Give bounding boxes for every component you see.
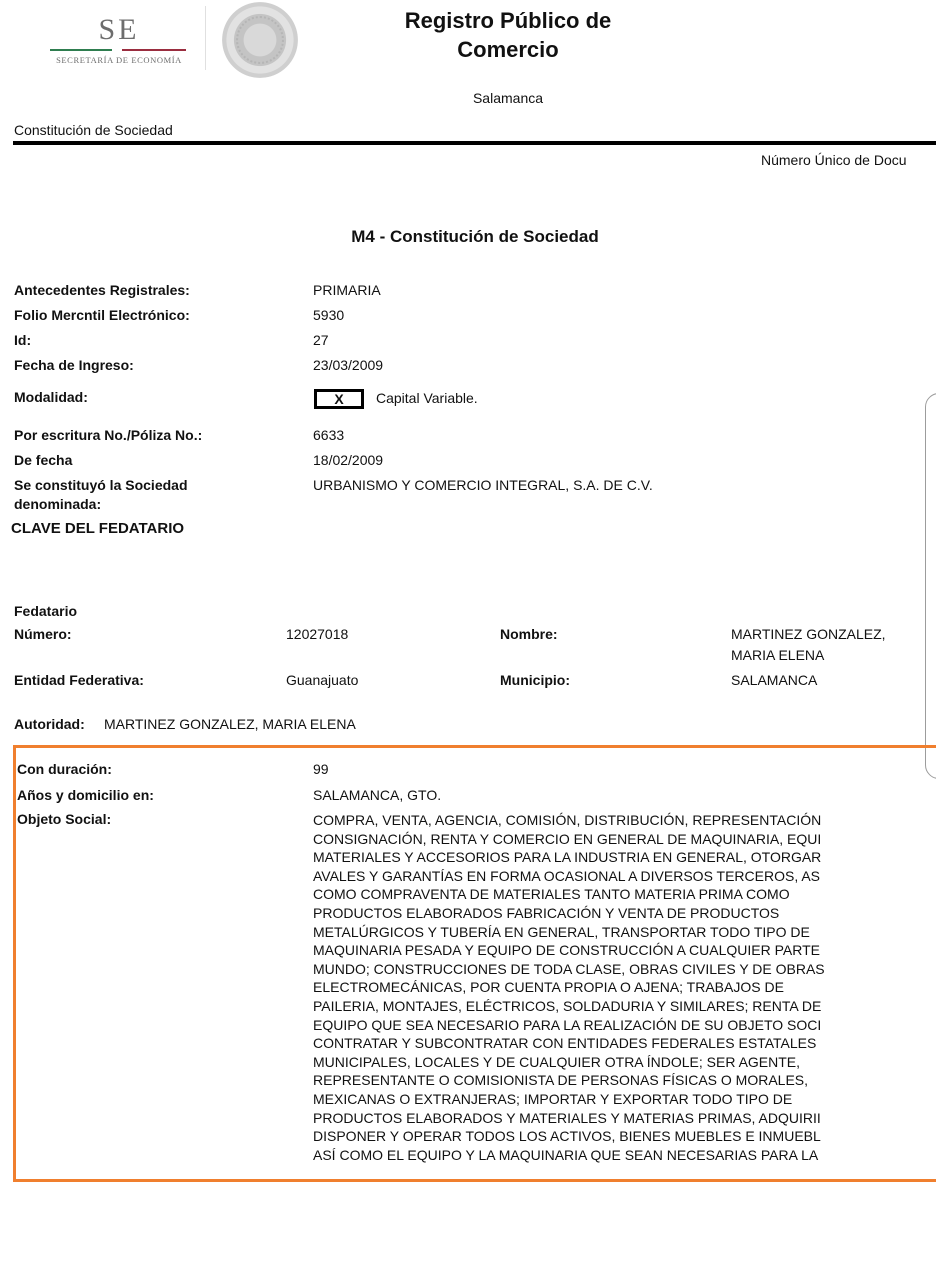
folio-value: 5930	[313, 307, 344, 323]
fedatario-heading: Fedatario	[14, 603, 77, 619]
logo-letters: SE	[44, 14, 194, 46]
folio-label: Folio Mercntil Electrónico:	[14, 307, 190, 323]
fedatario-numero-label: Número:	[14, 626, 72, 642]
fedatario-nombre-line-1: MARTINEZ GONZALEZ,	[731, 626, 886, 642]
objeto-social-line: MUNICIPALES, LOCALES Y DE CUALQUIER OTRA…	[313, 1053, 936, 1072]
de-fecha-value: 18/02/2009	[313, 452, 383, 468]
denominada-value: URBANISMO Y COMERCIO INTEGRAL, S.A. DE C…	[313, 477, 653, 493]
numero-unico-label: Número Único de Docu	[761, 152, 907, 168]
fedatario-numero-value: 12027018	[286, 626, 348, 642]
denominada-label-line-1: Se constituyó la Sociedad	[14, 477, 188, 493]
objeto-social-line: ELECTROMECÁNICAS, POR CUENTA PROPIA O AJ…	[313, 978, 936, 997]
modalidad-label: Modalidad:	[14, 389, 88, 405]
fecha-ingreso-value: 23/03/2009	[313, 357, 383, 373]
id-value: 27	[313, 332, 329, 348]
section-title: M4 - Constitución de Sociedad	[250, 227, 700, 247]
fedatario-nombre-line-2: MARIA ELENA	[731, 647, 824, 663]
objeto-social-line: ASÍ COMO EL EQUIPO Y LA MAQUINARIA QUE S…	[313, 1146, 936, 1165]
entidad-value: Guanajuato	[286, 672, 358, 688]
objeto-social-line: MUNDO; CONSTRUCCIONES DE TODA CLASE, OBR…	[313, 960, 936, 979]
de-fecha-label: De fecha	[14, 452, 72, 468]
title-line-1: Registro Público de	[330, 6, 686, 35]
objeto-social-line: MATERIALES Y ACCESORIOS PARA LA INDUSTRI…	[313, 848, 936, 867]
clave-fedatario-label: CLAVE DEL FEDATARIO	[11, 520, 184, 537]
fecha-ingreso-label: Fecha de Ingreso:	[14, 357, 134, 373]
objeto-social-line: MAQUINARIA PESADA Y EQUIPO DE CONSTRUCCI…	[313, 941, 936, 960]
logo-subtitle: SECRETARÍA DE ECONOMÍA	[44, 55, 194, 65]
logo-color-lines	[44, 48, 194, 52]
duracion-label: Con duración:	[17, 761, 112, 777]
municipio-value: SALAMANCA	[731, 672, 817, 688]
modalidad-checkbox: X	[314, 389, 364, 409]
objeto-social-text: COMPRA, VENTA, AGENCIA, COMISIÓN, DISTRI…	[313, 811, 936, 1164]
side-panel-frame	[925, 393, 936, 779]
antecedentes-value: PRIMARIA	[313, 282, 381, 298]
objeto-social-line: CONTRATAR Y SUBCONTRATAR CON ENTIDADES F…	[313, 1034, 936, 1053]
header-rule	[13, 141, 936, 145]
objeto-social-line: PRODUCTOS ELABORADOS Y MATERIALES Y MATE…	[313, 1109, 936, 1128]
registry-title: Registro Público de Comercio	[330, 6, 686, 64]
objeto-social-line: EQUIPO QUE SEA NECESARIO PARA LA REALIZA…	[313, 1016, 936, 1035]
domicilio-value: SALAMANCA, GTO.	[313, 787, 441, 803]
escudo-nacional-icon	[222, 2, 298, 78]
autoridad-label: Autoridad:	[14, 716, 85, 732]
objeto-social-line: COMO COMPRAVENTA DE MATERIALES TANTO MAT…	[313, 885, 936, 904]
objeto-social-line: REPRESENTANTE O COMISIONISTA DE PERSONAS…	[313, 1071, 936, 1090]
objeto-social-line: PRODUCTOS ELABORADOS FABRICACIÓN Y VENTA…	[313, 904, 936, 923]
fedatario-nombre-label: Nombre:	[500, 626, 558, 642]
logo-divider	[205, 6, 206, 70]
objeto-social-line: METALÚRGICOS Y TUBERÍA EN GENERAL, TRANS…	[313, 923, 936, 942]
autoridad-value: MARTINEZ GONZALEZ, MARIA ELENA	[104, 716, 356, 732]
objeto-social-line: CONSIGNACIÓN, RENTA Y COMERCIO EN GENERA…	[313, 830, 936, 849]
id-label: Id:	[14, 332, 31, 348]
document-type: Constitución de Sociedad	[14, 122, 173, 138]
domicilio-label: Años y domicilio en:	[17, 787, 154, 803]
registry-city: Salamanca	[330, 90, 686, 106]
objeto-social-line: DISPONER Y OPERAR TODOS LOS ACTIVOS, BIE…	[313, 1127, 936, 1146]
objeto-social-label: Objeto Social:	[17, 811, 111, 827]
entidad-label: Entidad Federativa:	[14, 672, 144, 688]
objeto-social-line: AVALES Y GARANTÍAS EN FORMA OCASIONAL A …	[313, 867, 936, 886]
objeto-social-line: COMPRA, VENTA, AGENCIA, COMISIÓN, DISTRI…	[313, 811, 936, 830]
escritura-value: 6633	[313, 427, 344, 443]
secretaria-economia-logo: SE SECRETARÍA DE ECONOMÍA	[44, 14, 194, 70]
municipio-label: Municipio:	[500, 672, 570, 688]
modalidad-value: Capital Variable.	[376, 390, 478, 406]
antecedentes-label: Antecedentes Registrales:	[14, 282, 190, 298]
objeto-social-line: PAILERIA, MONTAJES, ELÉCTRICOS, SOLDADUR…	[313, 997, 936, 1016]
duracion-value: 99	[313, 761, 329, 777]
objeto-social-line: MEXICANAS O EXTRANJERAS; IMPORTAR Y EXPO…	[313, 1090, 936, 1109]
denominada-label-line-2: denominada:	[14, 496, 101, 512]
title-line-2: Comercio	[330, 35, 686, 64]
escritura-label: Por escritura No./Póliza No.:	[14, 427, 202, 443]
